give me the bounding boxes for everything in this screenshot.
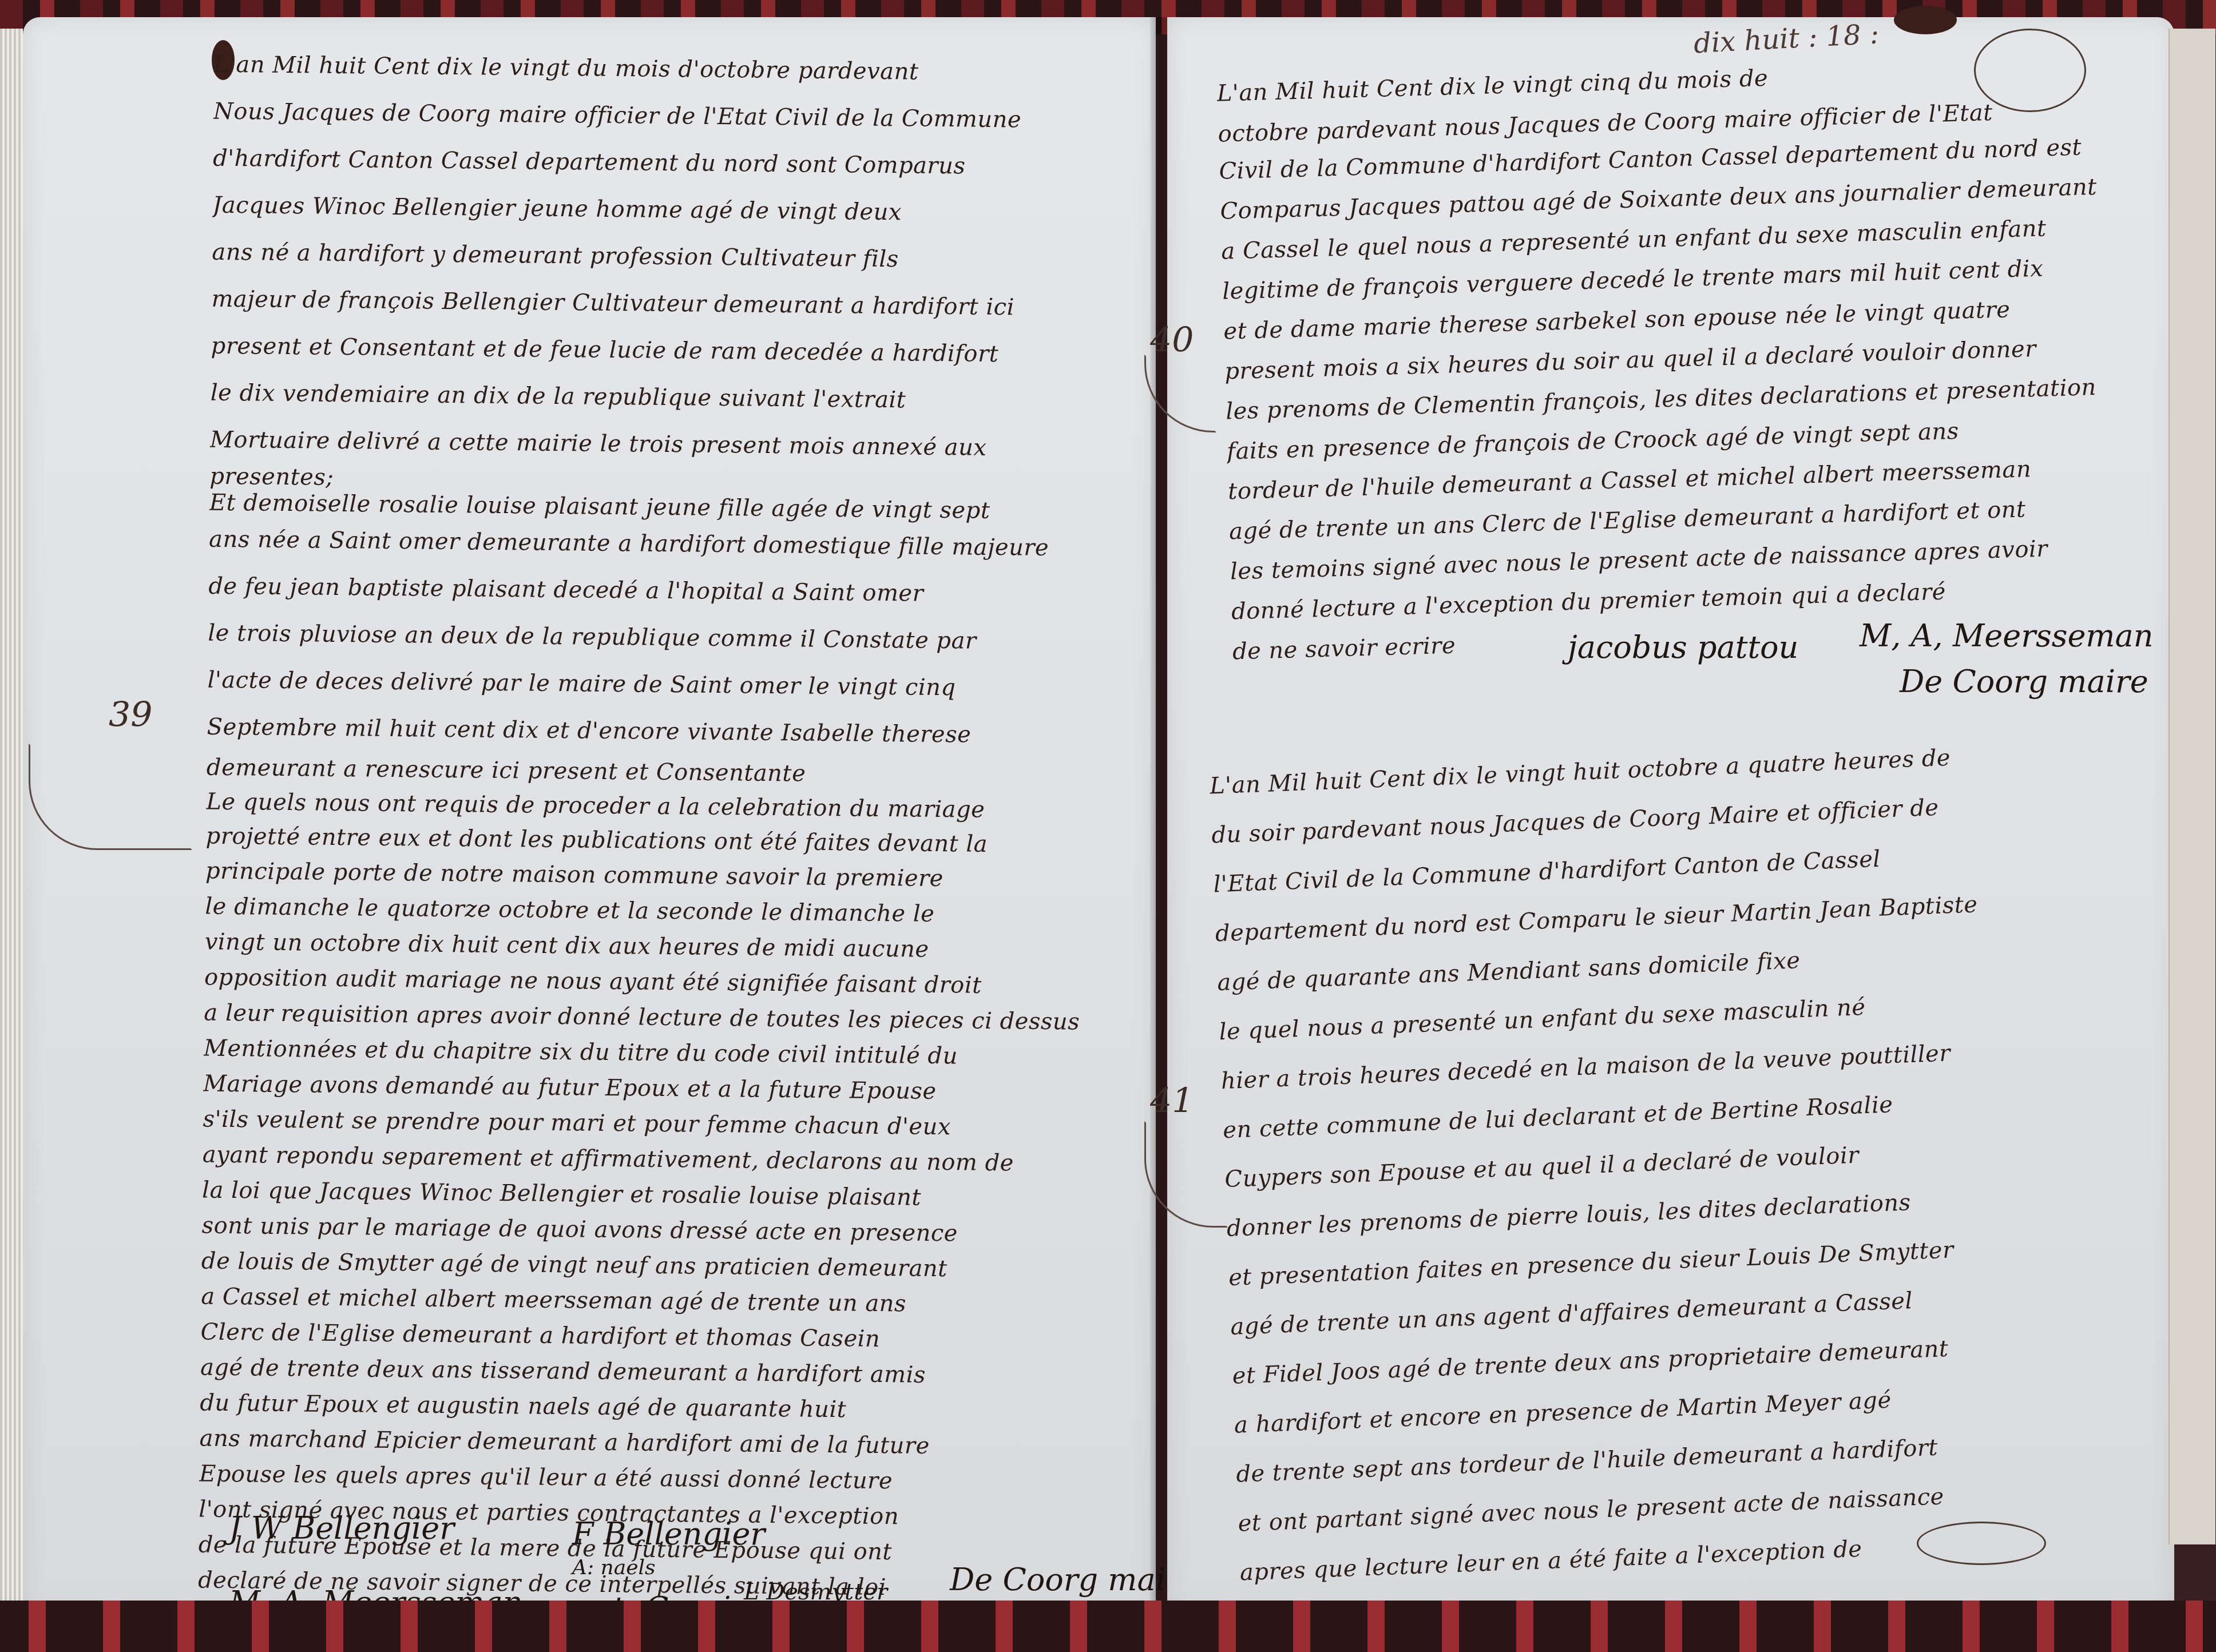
act-number-41: 41 bbox=[1150, 1081, 1194, 1121]
signature: F Bellengier bbox=[572, 1516, 765, 1552]
birth-act-41-text: L'an Mil huit Cent dix le vingt huit oct… bbox=[1209, 726, 2167, 1597]
signature: A: naels bbox=[572, 1556, 656, 1579]
page-stack-edge bbox=[0, 29, 23, 1607]
act-number-39: 39 bbox=[109, 695, 152, 735]
act-line: Mortuaire delivré a cette mairie le troi… bbox=[210, 416, 1126, 473]
marriage-act-text: L'an Mil huit Cent dix le vingt du mois … bbox=[198, 41, 1129, 1608]
underlying-page-edge bbox=[2169, 29, 2215, 1544]
signature: jacobus pattou bbox=[1568, 629, 1798, 665]
book-cover-bottom bbox=[0, 1601, 2216, 1652]
margin-flourish bbox=[29, 744, 192, 850]
paraph-flourish bbox=[1917, 1522, 2046, 1565]
signature: J W Bellengier bbox=[229, 1510, 454, 1546]
birth-act-40-text: L'an Mil huit Cent dix le vingt cinq du … bbox=[1216, 45, 2160, 672]
signature: M, A, Meersseman bbox=[1860, 618, 2154, 654]
ink-stain bbox=[1894, 6, 1957, 34]
signature: De Coorg maire bbox=[1900, 664, 2148, 700]
